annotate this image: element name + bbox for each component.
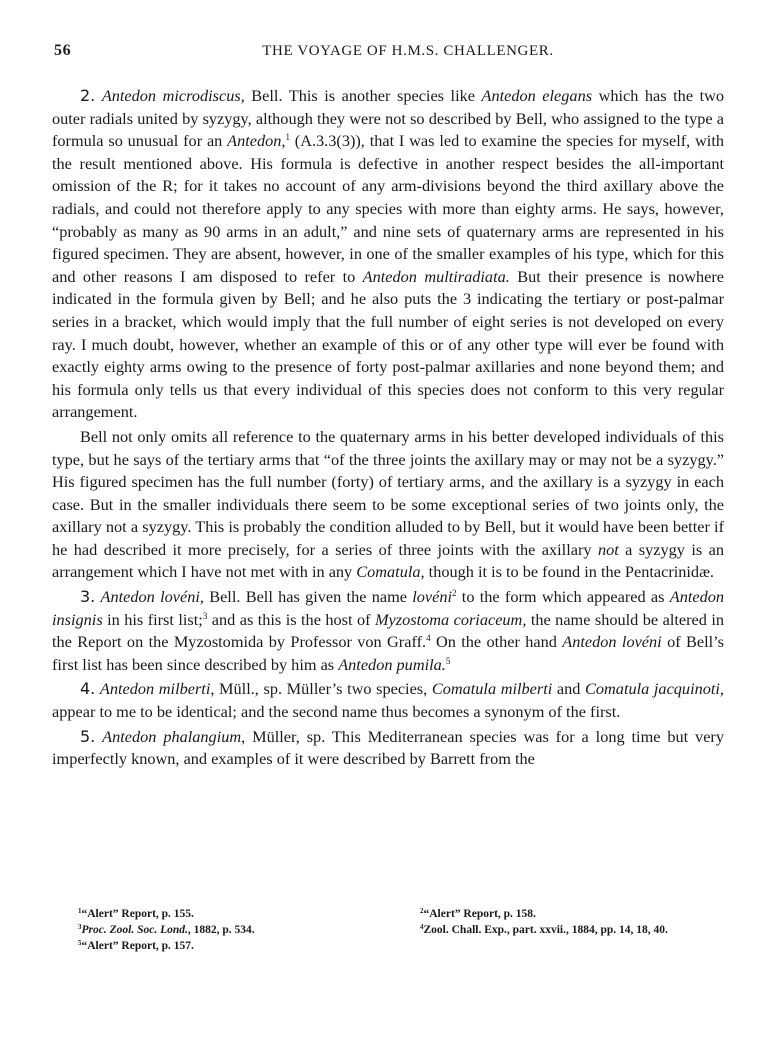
species-name: Antedon milberti <box>100 679 210 698</box>
text-run: and <box>552 679 585 698</box>
text-run: and as this is the host of <box>207 610 375 629</box>
footnote: 4Zool. Chall. Exp., part. xxvii., 1884, … <box>420 922 740 938</box>
running-head: 56 THE VOYAGE OF H.M.S. CHALLENGER. <box>52 42 724 68</box>
text-run: Zool. Chall. Exp., part. xxvii., 1884, p… <box>424 924 668 936</box>
footnotes-left-column: 1“Alert” Report, p. 155.3Proc. Zool. Soc… <box>78 906 418 954</box>
italic-text: Comatula, <box>356 562 424 581</box>
footnotes-right-column: 2“Alert” Report, p. 158.4Zool. Chall. Ex… <box>420 906 740 938</box>
text-run: Bell has given the name <box>240 587 412 606</box>
footnote: 5“Alert” Report, p. 157. <box>78 938 418 954</box>
italic-text: Myzostoma coriaceum, <box>375 610 526 629</box>
running-title: THE VOYAGE OF H.M.S. CHALLENGER. <box>52 43 724 60</box>
italic-text: Antedon pumila. <box>338 655 446 674</box>
text-run: appear to me to be identical; and the se… <box>52 702 620 721</box>
paragraph-text: This is another species like Antedon ele… <box>52 86 724 421</box>
species-authority: , Bell. <box>200 587 241 606</box>
paragraph-species-2: 2. Antedon microdiscus, Bell. This is an… <box>52 85 724 424</box>
body-text: 2. Antedon microdiscus, Bell. This is an… <box>52 85 724 771</box>
species-authority: , Bell. <box>241 86 283 105</box>
species-authority: , Müll., sp. <box>210 679 282 698</box>
species-number: 2. <box>80 86 95 105</box>
italic-text: Proc. Zool. Soc. Lond. <box>82 924 188 936</box>
text-run: (A.3.3(3)), that I was led to examine th… <box>52 131 724 286</box>
text-run: On the other hand <box>431 632 563 651</box>
text-run: Müller’s two species, <box>282 679 432 698</box>
species-number: 4. <box>80 679 95 698</box>
text-run: “Alert” Report, p. 155. <box>82 908 194 920</box>
page: 56 THE VOYAGE OF H.M.S. CHALLENGER. 2. A… <box>52 42 724 773</box>
text-run: though it is to be found in the Pentacri… <box>425 562 714 581</box>
italic-text: Comatula milberti <box>432 679 552 698</box>
text-run: “Alert” Report, p. 157. <box>82 940 194 952</box>
italic-text: Antedon lovéni <box>562 632 661 651</box>
text-run: to the form which appeared as <box>457 587 670 606</box>
text-run: in his first list; <box>103 610 203 629</box>
text-run: “Alert” Report, p. 158. <box>424 908 536 920</box>
italic-text: Antedon elegans <box>482 86 593 105</box>
italic-text: not <box>598 540 619 559</box>
species-number: 3. <box>80 587 95 606</box>
paragraph-continuation: Bell not only omits all reference to the… <box>52 426 724 584</box>
italic-text: Antedon multiradiata. <box>363 267 510 286</box>
paragraph-species-3: 3. Antedon lovéni, Bell. Bell has given … <box>52 586 724 676</box>
species-name: Antedon phalangium <box>102 727 241 746</box>
paragraph-text: Bell not only omits all reference to the… <box>52 427 724 582</box>
italic-text: Comatula jacquinoti, <box>585 679 724 698</box>
text-run: But their presence is nowhere indicated … <box>52 267 724 422</box>
footnote-reference: 5 <box>446 656 451 666</box>
species-authority: , Müller, sp. <box>241 727 325 746</box>
italic-text: lovéni <box>412 587 452 606</box>
species-number: 5. <box>80 727 95 746</box>
text-run: , 1882, p. 534. <box>188 924 255 936</box>
paragraph-species-5: 5. Antedon phalangium, Müller, sp. This … <box>52 726 724 771</box>
footnote: 2“Alert” Report, p. 158. <box>420 906 740 922</box>
text-run: This is another species like <box>283 86 482 105</box>
species-name: Antedon lovéni <box>101 587 200 606</box>
footnote: 3Proc. Zool. Soc. Lond., 1882, p. 534. <box>78 922 418 938</box>
species-name: Antedon microdiscus <box>102 86 241 105</box>
footnote: 1“Alert” Report, p. 155. <box>78 906 418 922</box>
paragraph-species-4: 4. Antedon milberti, Müll., sp. Müller’s… <box>52 678 724 723</box>
italic-text: Antedon, <box>227 131 285 150</box>
